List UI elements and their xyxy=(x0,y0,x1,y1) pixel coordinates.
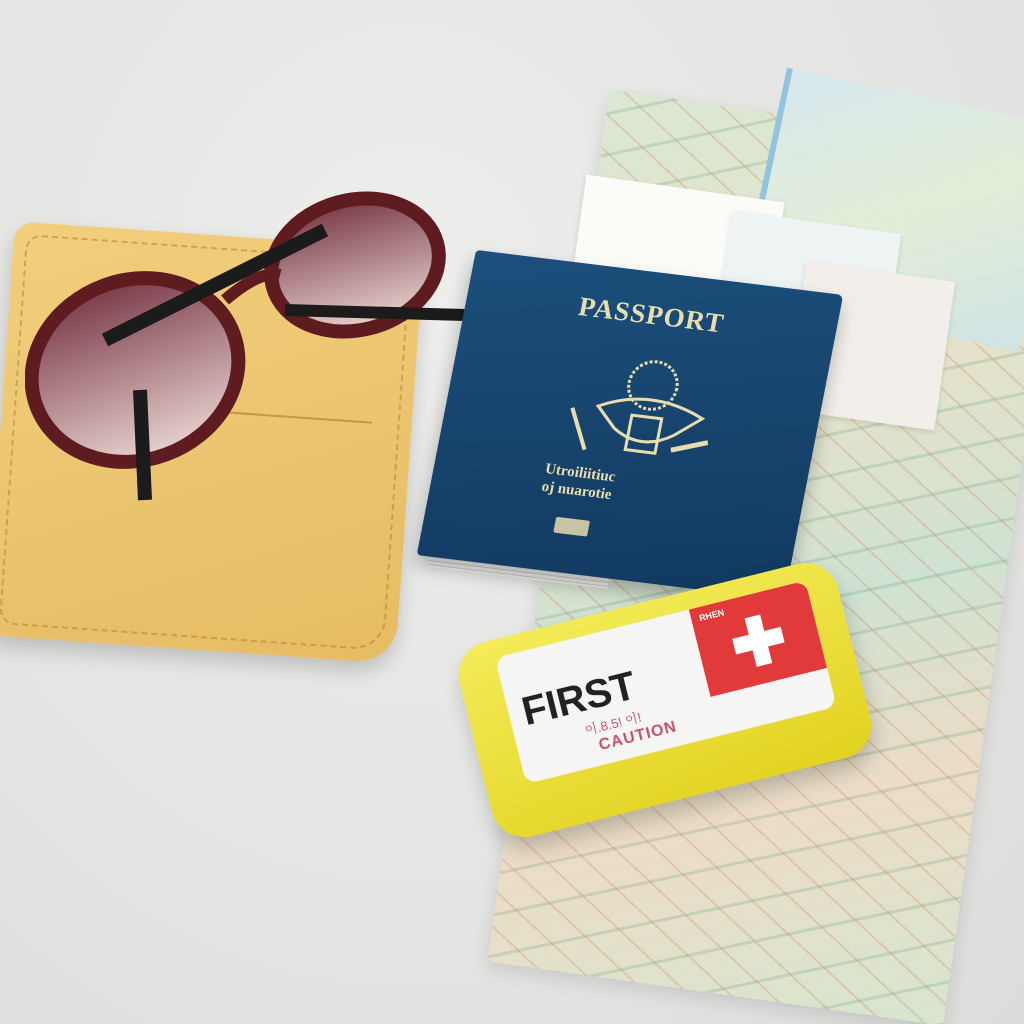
passport-subtitle: Utroiliitiuc oj nuarotie xyxy=(540,460,617,504)
passport-chip-icon xyxy=(553,517,590,537)
badge-text: RHEN xyxy=(698,607,725,623)
red-cross-badge: RHEN xyxy=(689,581,827,697)
passport: PASSPORT Utroiliitiuc oj nuarotie xyxy=(417,250,844,600)
sunglasses-icon xyxy=(25,190,465,510)
passport-title: PASSPORT xyxy=(465,277,838,353)
